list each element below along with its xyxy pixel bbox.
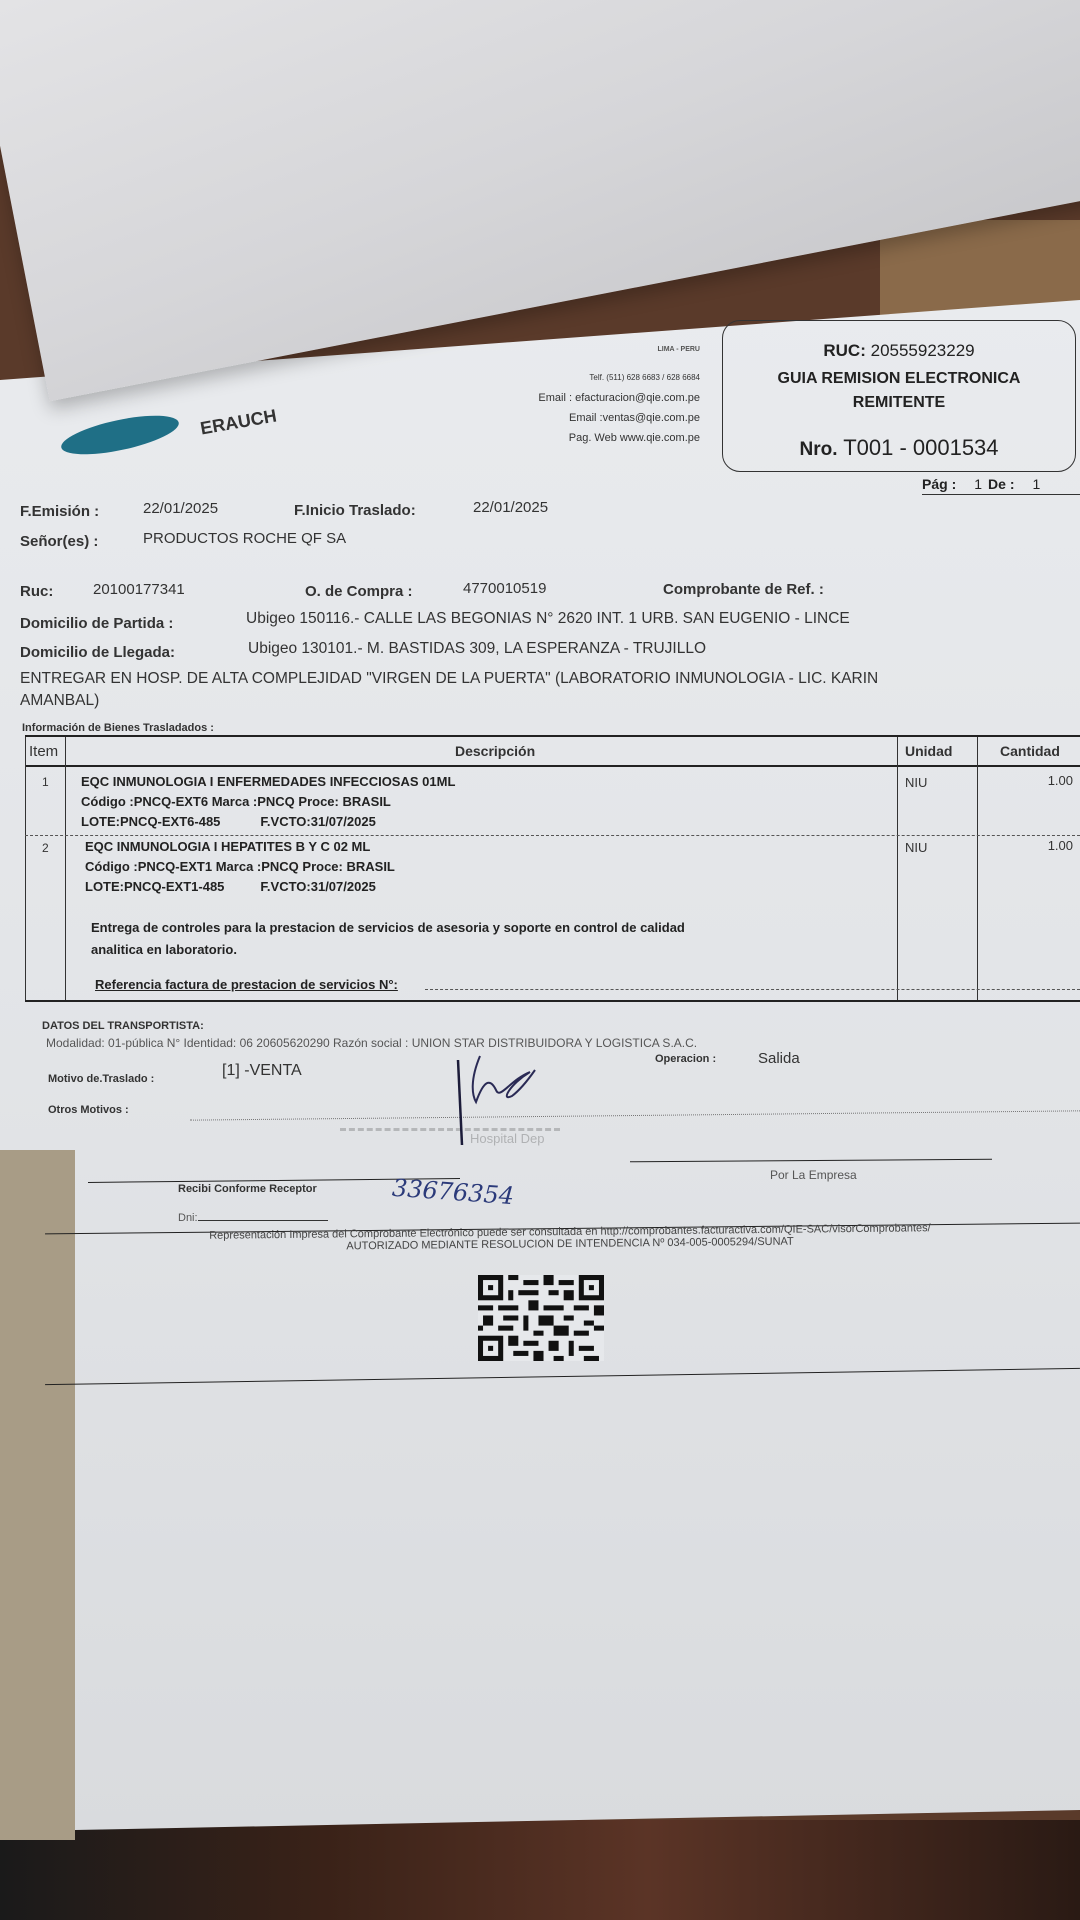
emision-label: F.Emisión : xyxy=(20,503,99,520)
reference-blank-line xyxy=(425,989,1080,990)
invoice-reference: Referencia factura de prestacion de serv… xyxy=(95,974,398,996)
otros-motivos-line xyxy=(190,1110,1080,1120)
document-title-line2: REMITENTE xyxy=(723,391,1075,415)
page-label: Pág : xyxy=(922,476,956,492)
column-divider xyxy=(897,737,898,1000)
qr-code-icon xyxy=(478,1275,604,1361)
issuer-email-billing: Email : efacturacion@qie.com.pe xyxy=(480,388,700,408)
transport-details: Modalidad: 01-pública N° Identidad: 06 2… xyxy=(46,1036,697,1050)
column-header-unit: Unidad xyxy=(905,743,952,759)
handwritten-dni: 33676354 xyxy=(391,1174,515,1210)
column-header-item: Item xyxy=(29,743,58,760)
row-product-code: Código :PNCQ-EXT6 Marca :PNCQ Proce: BRA… xyxy=(81,792,455,812)
row-description: EQC INMUNOLOGIA I HEPATITES B Y C 02 ML … xyxy=(85,837,395,897)
document-title: GUIA REMISION ELECTRONICA REMITENTE xyxy=(723,367,1075,415)
page-of-label: De : xyxy=(988,476,1014,492)
document-title-line1: GUIA REMISION ELECTRONICA xyxy=(723,367,1075,391)
column-header-description: Descripción xyxy=(455,743,535,759)
ruc-label: RUC: xyxy=(823,341,866,360)
delivery-note-line2: analitica en laboratorio. xyxy=(91,939,685,961)
row-product-code: Código :PNCQ-EXT1 Marca :PNCQ Proce: BRA… xyxy=(85,857,395,877)
client-ruc-label: Ruc: xyxy=(20,583,53,600)
items-table: Item Descripción Unidad Cantidad 1 EQC I… xyxy=(25,735,1080,1002)
client-ruc-value: 20100177341 xyxy=(93,581,185,598)
company-signature-label: Por La Empresa xyxy=(770,1168,857,1182)
column-divider xyxy=(65,737,66,1000)
inicio-traslado-value: 22/01/2025 xyxy=(473,499,548,516)
dni-label-text: Dni: xyxy=(178,1212,198,1224)
otros-motivos-label: Otros Motivos : xyxy=(48,1104,129,1116)
document-number: T001 - 0001534 xyxy=(843,435,998,460)
page-total: 1 xyxy=(1032,476,1040,492)
delivery-note: Entrega de controles para la prestacion … xyxy=(91,917,685,961)
bottom-divider xyxy=(45,1368,1080,1385)
llegada-label: Domicilio de Llegada: xyxy=(20,644,175,661)
signature-icon xyxy=(440,1050,550,1160)
footer-notice: Representación Impresa del Comprobante E… xyxy=(100,1221,1040,1255)
operacion-label: Operacion : xyxy=(655,1053,716,1065)
motivo-traslado-value: [1] -VENTA xyxy=(222,1062,302,1080)
row-unit: NIU xyxy=(905,840,927,855)
row-item-number: 2 xyxy=(42,841,49,855)
row-lot-number: LOTE:PNCQ-EXT1-485 xyxy=(85,879,224,894)
delivery-note-line1: Entrega de controles para la prestacion … xyxy=(91,917,685,939)
issuer-web: Pag. Web www.qie.com.pe xyxy=(480,428,700,448)
ruc-value: 20555923229 xyxy=(871,341,975,360)
bienes-label: Información de Bienes Trasladados : xyxy=(22,722,214,734)
row-expiry: F.VCTO:31/07/2025 xyxy=(260,879,375,894)
operacion-value: Salida xyxy=(758,1050,800,1067)
row-lot: LOTE:PNCQ-EXT6-485F.VCTO:31/07/2025 xyxy=(81,812,455,832)
issuer-contact: LIMA - PERU Telf. (511) 628 6683 / 628 6… xyxy=(480,340,700,448)
senores-value: PRODUCTOS ROCHE QF SA xyxy=(143,530,346,547)
row-expiry: F.VCTO:31/07/2025 xyxy=(260,814,375,829)
delivery-instructions: ENTREGAR EN HOSP. DE ALTA COMPLEJIDAD "V… xyxy=(20,668,1020,712)
row-quantity: 1.00 xyxy=(1003,838,1073,853)
partida-value: Ubigeo 150116.- CALLE LAS BEGONIAS N° 26… xyxy=(246,610,850,628)
row-separator xyxy=(25,835,1080,836)
emision-value: 22/01/2025 xyxy=(143,500,218,517)
row-product-name: EQC INMUNOLOGIA I HEPATITES B Y C 02 ML xyxy=(85,837,395,857)
dni-label: Dni: xyxy=(178,1212,328,1224)
row-unit: NIU xyxy=(905,775,927,790)
nro-label: Nro. xyxy=(799,439,837,460)
comprobante-ref-label: Comprobante de Ref. : xyxy=(663,581,824,598)
transport-section-label: DATOS DEL TRANSPORTISTA: xyxy=(42,1020,204,1032)
column-divider xyxy=(25,737,26,1000)
company-signature-line xyxy=(630,1159,992,1163)
inicio-traslado-label: F.Inicio Traslado: xyxy=(294,502,416,519)
delivery-line1: ENTREGAR EN HOSP. DE ALTA COMPLEJIDAD "V… xyxy=(20,668,1020,690)
row-lot: LOTE:PNCQ-EXT1-485F.VCTO:31/07/2025 xyxy=(85,877,395,897)
issuer-phone: Telf. (511) 628 6683 / 628 6684 xyxy=(480,368,700,388)
row-description: EQC INMUNOLOGIA I ENFERMEDADES INFECCIOS… xyxy=(81,772,455,832)
row-item-number: 1 xyxy=(42,775,49,789)
partida-label: Domicilio de Partida : xyxy=(20,615,173,632)
page-indicator: Pág :1De :1 xyxy=(922,476,1080,495)
row-product-name: EQC INMUNOLOGIA I ENFERMEDADES INFECCIOS… xyxy=(81,772,455,792)
motivo-traslado-label: Motivo de.Traslado : xyxy=(48,1073,154,1085)
column-divider xyxy=(977,737,978,1000)
receptor-label: Recibi Conforme Receptor xyxy=(178,1183,317,1195)
delivery-line2: AMANBAL) xyxy=(20,690,1020,712)
row-quantity: 1.00 xyxy=(1003,773,1073,788)
page-current: 1 xyxy=(974,476,982,492)
orden-compra-value: 4770010519 xyxy=(463,580,546,597)
senores-label: Señor(es) : xyxy=(20,533,98,550)
column-header-quantity: Cantidad xyxy=(1000,743,1060,759)
row-lot-number: LOTE:PNCQ-EXT6-485 xyxy=(81,814,220,829)
document-id-box: RUC: 20555923229 GUIA REMISION ELECTRONI… xyxy=(722,320,1076,472)
llegada-value: Ubigeo 130101.- M. BASTIDAS 309, LA ESPE… xyxy=(248,640,706,658)
issuer-address: LIMA - PERU xyxy=(480,340,700,360)
issuer-email-sales: Email :ventas@qie.com.pe xyxy=(480,408,700,428)
orden-compra-label: O. de Compra : xyxy=(305,583,413,600)
